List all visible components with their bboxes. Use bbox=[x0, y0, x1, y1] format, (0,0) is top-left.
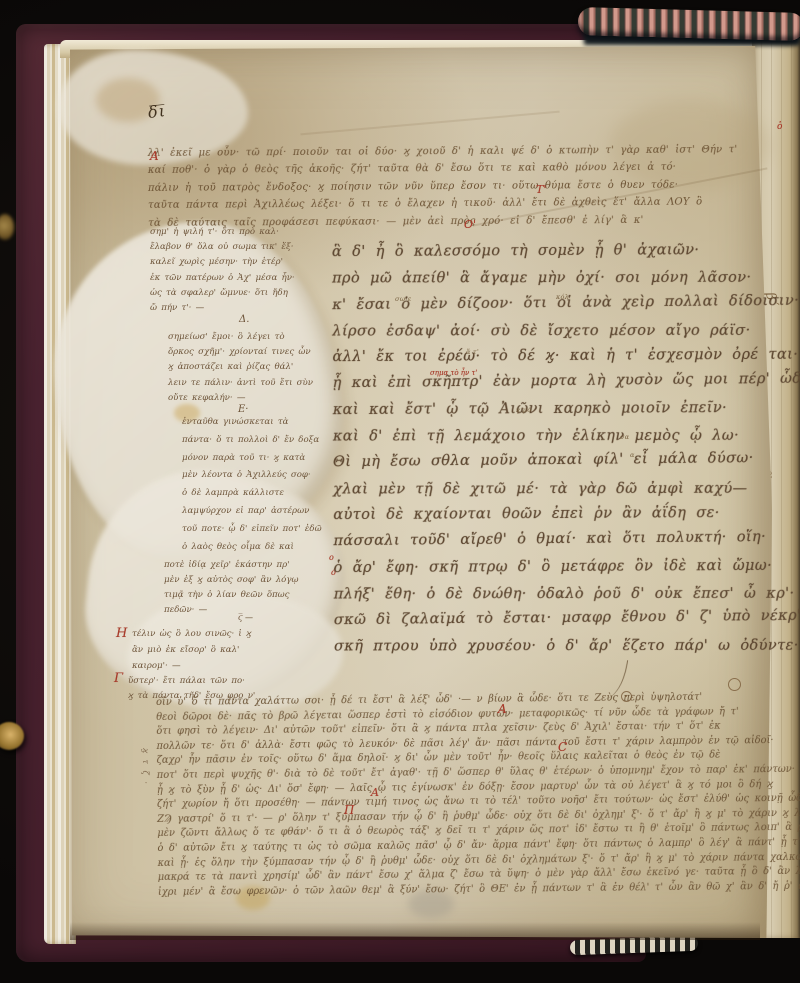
text-line: χλαὶ μὲν τῇ δὲ χιτῶ μέ· τὰ γὰρ δῶ ἀμφὶ κ… bbox=[333, 480, 777, 507]
manuscript-photo: β΄ θ' φρ' ὁ δ̅ι̅ λλ' ἐκεῖ με οὖν· τῶ πρί… bbox=[0, 0, 800, 983]
text-line: σκῆ πτρου ὑπὸ χρυσέου· ὁ δ' ἄρ' ἕζετο πά… bbox=[334, 638, 778, 665]
fore-edge-red-mark: ὁ bbox=[777, 122, 782, 132]
text-line: λίρσο ἐσδαψ' ἀοί· σὺ δὲ ἴσχετο μέσον αἴγ… bbox=[332, 323, 776, 350]
interlinear-gloss: σα bbox=[620, 433, 629, 441]
ink-ring-ornament bbox=[621, 691, 632, 702]
text-line: καὶ καὶ ἔστ' ᾧ τῷ Ἀιῶνι καρηκὸ μοιοῖν ἐπ… bbox=[333, 400, 777, 429]
text-line: ὡς τὰ σφαλερ' ὤμνυε· ὅτι ἤδη bbox=[150, 288, 355, 303]
rubricated-initial: Α bbox=[371, 786, 379, 799]
text-line: πάσσαλι τοῦδ' αἴρεθ' ὁ θμαί· καὶ ὅτι πολ… bbox=[333, 529, 777, 560]
text-line: Θὶ μὴ ἔσω σθλα μοῦν ἀποκαὶ φίλ' εἶ μάλα … bbox=[333, 450, 777, 481]
page-shadow bbox=[70, 922, 760, 940]
interlinear-gloss: ἅ τ' bbox=[466, 348, 479, 356]
interlinear-gloss: κόλ bbox=[556, 293, 569, 301]
margin-scholia-block: τέλιν ὡς ὃ λου σινῶς· ἰ ϗἂν μιὸ ἐκ εἴσορ… bbox=[132, 629, 337, 677]
clasp-pin-top bbox=[0, 214, 14, 240]
interlinear-gloss: α bbox=[630, 451, 635, 459]
rubricated-initial: Α bbox=[150, 149, 159, 163]
margin-ornament: Ε· bbox=[238, 404, 248, 415]
text-line: ὁ ἄρ' ἔφη· σκῆ πτρῳ δ' ὃ μετάφρε ὃν ἰδὲ … bbox=[334, 557, 778, 586]
rubricated-initial: Γ bbox=[114, 671, 123, 686]
text-line: ἐκ τῶν πατέρων ὁ Ἀχ' μέσα ἦν· bbox=[150, 273, 355, 288]
text-line: ὤ πήν τ'· — bbox=[150, 303, 355, 318]
gutter-scrawl: ϗ τ ζ · bbox=[141, 748, 150, 786]
text-line: σκῶ δὶ ζαλαϊμά τὸ ἔσται· μσαφρ ἔθνου δ' … bbox=[334, 608, 778, 639]
margin-ornament: Δ. bbox=[239, 314, 249, 325]
red-interlinear-gloss: σημα τὸ ἦν τ' bbox=[430, 369, 477, 377]
rubricated-initial: Π bbox=[344, 803, 354, 817]
text-line: ᾗ καὶ ἐπὶ σκῆπτρ' ἐὰν μορτα λὴ χυσὸν ὥς … bbox=[333, 371, 777, 402]
headband-icon bbox=[578, 7, 800, 41]
rubricated-letter: Ο' bbox=[464, 218, 476, 231]
text-line: καλεῖ χωρὶς μέσην· τὴν ἑτέρ' bbox=[150, 257, 355, 272]
margin-scholia-block: σημ' ἡ ψιλή τ'· ὅτι πρὸ καλ·ἔλαβον θ' ὅλ… bbox=[150, 227, 355, 318]
top-scholia-block: λλ' ἐκεῖ με οὖν· τῶ πρί· ποιοῦν ται οἱ δ… bbox=[148, 144, 775, 235]
interlinear-gloss: σω ε bbox=[395, 295, 412, 303]
rubricated-initial: Η bbox=[116, 626, 127, 641]
interlinear-gloss: α bbox=[556, 592, 561, 600]
text-line: καιρομ'· — bbox=[132, 661, 337, 677]
text-line: ἂν μιὸ ἐκ εἴσορ' ὃ καλ' bbox=[132, 645, 337, 661]
main-text-block: ἃ δ' ἦ ὃ καλεσσόμο τὴ σομὲν ᾗ θ' ἀχαιῶν·… bbox=[332, 242, 778, 665]
text-line: ἃ δ' ἦ ὃ καλεσσόμο τὴ σομὲν ᾗ θ' ἀχαιῶν· bbox=[332, 242, 776, 271]
rubricated-letter: Τ' bbox=[536, 183, 546, 196]
interlinear-gloss: ϗ μό bbox=[516, 406, 531, 414]
margin-mark: ϛ̅ — bbox=[238, 613, 253, 622]
text-line: ἔλαβον θ' ὅλα οὐ σωμα τικ' ἕξ· bbox=[150, 242, 355, 257]
ink-ring-ornament bbox=[728, 678, 741, 691]
text-line: σημ' ἡ ψιλή τ'· ὅτι πρὸ καλ· bbox=[150, 227, 355, 242]
rubricated-initial: C bbox=[558, 740, 567, 754]
rubricated-initial: Α bbox=[498, 702, 507, 716]
quire-signature: δ̅ι̅ bbox=[147, 101, 167, 122]
bottom-scholia-block: οἰν ὑ' ὅ τι πάντα χαλάττω σοι· ᾗ δέ τι ἔ… bbox=[156, 691, 776, 901]
text-line: ὕστερ'· ἔτι πάλαι τῶν πο· bbox=[128, 676, 333, 691]
text-line: τέλιν ὡς ὃ λου σινῶς· ἰ ϗ bbox=[132, 629, 337, 645]
